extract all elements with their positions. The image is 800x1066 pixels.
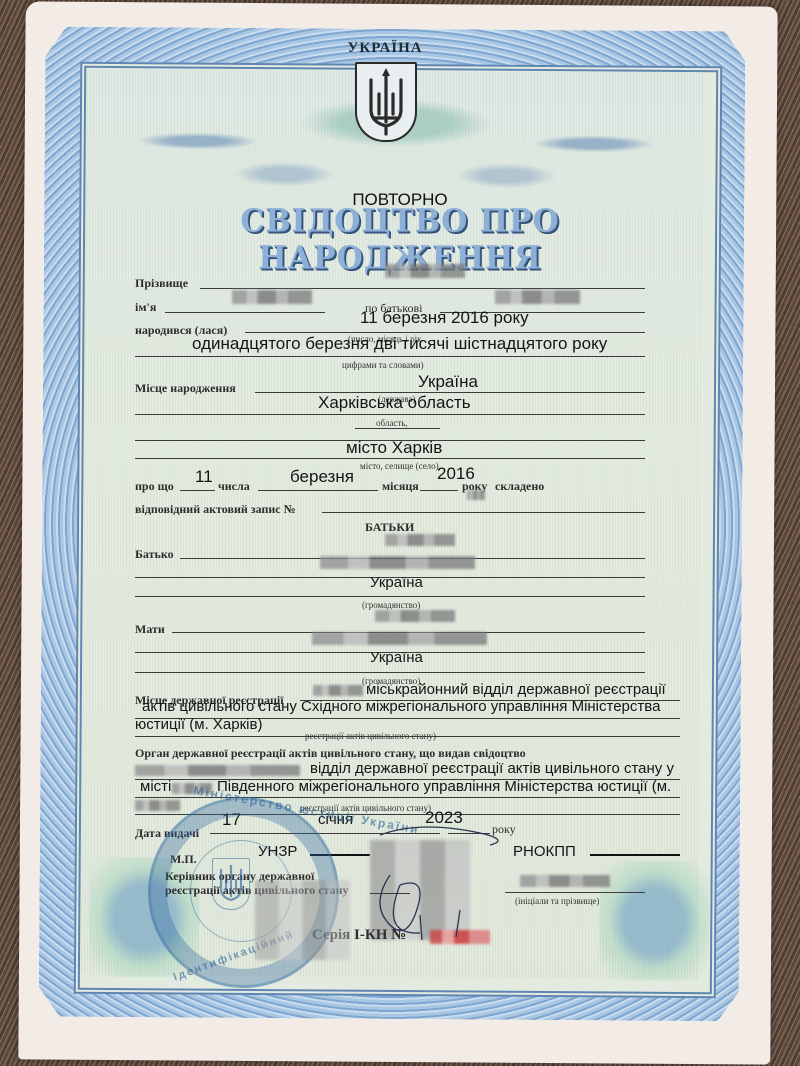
- stamp-trident-icon: [212, 858, 250, 910]
- registration-place-line1: міськрайонний відділ державної реєстраці…: [366, 681, 666, 698]
- region-hint: область,: [376, 418, 408, 428]
- father-label: Батько: [135, 547, 174, 562]
- record-month-line: [258, 490, 378, 491]
- father-name-redacted: [320, 556, 475, 569]
- region-subline: [355, 428, 440, 429]
- issuer-name-redacted: [135, 765, 300, 776]
- about-label: про що: [135, 479, 174, 494]
- born-date-digits: 11 березня 2016 року: [360, 308, 529, 328]
- day-label: числа: [218, 479, 250, 494]
- trident-coat-of-arms-icon: [355, 62, 417, 142]
- rnokpp-line: [590, 854, 680, 856]
- initials-hint: (ініціали та прізвище): [515, 896, 599, 906]
- record-day-line: [180, 490, 215, 491]
- city-line: [135, 458, 645, 459]
- surname-line: [200, 288, 645, 289]
- rnokpp-label: РНОКПП: [513, 843, 576, 860]
- mother-label: Мати: [135, 622, 165, 637]
- birthplace-label: Місце народження: [135, 381, 236, 396]
- registration-place-line2: актів цивільного стану Східного міжрегіо…: [142, 698, 660, 715]
- name-line: [165, 312, 325, 313]
- made-label: складено: [495, 479, 544, 494]
- head-name-line: [505, 892, 645, 893]
- issuer-line2-prefix: місті: [140, 778, 171, 795]
- registration-district-redacted: [313, 685, 363, 696]
- city-hint: місто, селище (село): [360, 461, 439, 471]
- entry-label: відповідний актовий запис №: [135, 502, 296, 517]
- surname-label: Прізвище: [135, 276, 188, 291]
- entry-number-redacted: [467, 490, 485, 500]
- born-words-line: [135, 356, 645, 357]
- mother-surname-redacted: [375, 610, 455, 622]
- month-label: місяця: [382, 479, 419, 494]
- issuer-line2: Південного міжрегіонального управління М…: [217, 778, 671, 795]
- born-date-words: одинадцятого березня дві тисячі шістнадц…: [192, 334, 607, 354]
- father-citizenship-hint: (громадянство): [362, 600, 420, 610]
- father-citizenship-line: [135, 596, 645, 597]
- bottom-right-ornament: [599, 860, 710, 981]
- mother-name-redacted: [312, 632, 487, 645]
- entry-line: [322, 512, 645, 513]
- patronymic-redacted: [495, 290, 580, 304]
- born-line: [245, 332, 645, 333]
- region-line: [135, 414, 645, 415]
- birthplace-city: місто Харків: [346, 438, 442, 458]
- record-year-line: [420, 490, 458, 491]
- father-citizenship: Україна: [370, 574, 423, 591]
- record-month: березня: [290, 467, 354, 487]
- stamp-detail-redacted: [255, 880, 350, 960]
- father-surname-redacted: [385, 534, 455, 546]
- birthplace-country: Україна: [418, 372, 478, 392]
- issuer-city-2-redacted: [135, 800, 180, 811]
- name-redacted: [232, 290, 312, 304]
- birthplace-region: Харківська область: [318, 393, 471, 413]
- parents-heading: БАТЬКИ: [365, 520, 414, 535]
- head-name-redacted: [520, 875, 610, 887]
- country-name: УКРАЇНА: [325, 40, 445, 57]
- name-label: ім'я: [135, 300, 156, 315]
- record-day: 11: [195, 467, 213, 487]
- registration-place-line3: юстиції (м. Харків): [135, 716, 262, 733]
- surname-redacted: [385, 264, 465, 278]
- handwritten-signature: [360, 815, 520, 945]
- registration-place-hint: реєстрації актів цивільного стану): [305, 731, 436, 741]
- born-words-hint: цифрами та словами): [342, 360, 424, 370]
- issuer-line1: відділ державної реєстрації актів цивіль…: [310, 760, 674, 777]
- mother-citizenship: Україна: [370, 649, 423, 666]
- issuer-label: Орган державної реєстрації актів цивільн…: [135, 746, 526, 761]
- mother-citizenship-line: [135, 672, 645, 673]
